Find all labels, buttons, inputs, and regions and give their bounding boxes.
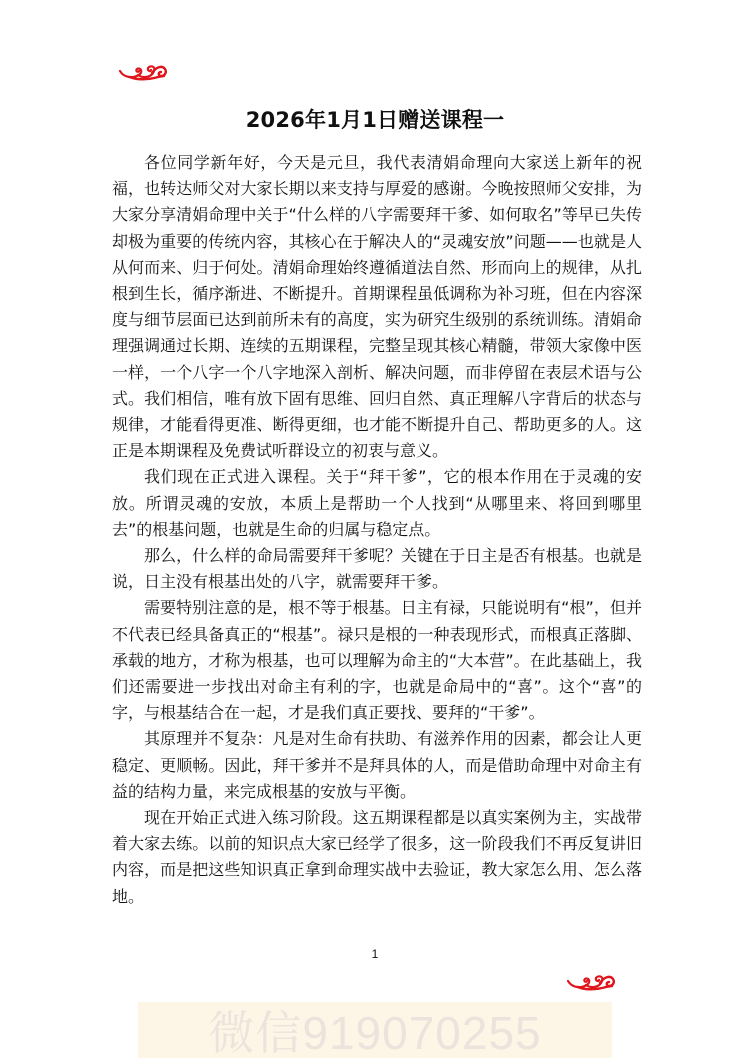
auspicious-cloud-icon xyxy=(118,63,168,81)
paragraph-course-start: 我们现在正式进入课程。关于“拜干爹”，它的根本作用在于灵魂的安放。所谓灵魂的安放… xyxy=(112,464,642,543)
watermark-banner: 微信919070255 xyxy=(138,1002,612,1058)
document-body: 各位同学新年好，今天是元旦，我代表清娟命理向大家送上新年的祝福，也转达师父对大家… xyxy=(112,150,642,910)
paragraph-question: 那么，什么样的命局需要拜干爹呢？关键在于日主是否有根基。也就是说，日主没有根基出… xyxy=(112,543,642,595)
paragraph-practice: 现在开始正式进入练习阶段。这五期课程都是以真实案例为主，实战带着大家去练。以前的… xyxy=(112,805,642,910)
document-title: 2026年1月1日赠送课程一 xyxy=(0,104,750,134)
page-number: 1 xyxy=(0,947,750,961)
watermark-text: 微信919070255 xyxy=(208,997,541,1061)
paragraph-principle: 其原理并不复杂：凡是对生命有扶助、有滋养作用的因素，都会让人更稳定、更顺畅。因此… xyxy=(112,726,642,805)
paragraph-intro: 各位同学新年好，今天是元旦，我代表清娟命理向大家送上新年的祝福，也转达师父对大家… xyxy=(112,150,642,464)
paragraph-root-foundation: 需要特别注意的是，根不等于根基。日主有禄，只能说明有“根”，但并不代表已经具备真… xyxy=(112,595,642,726)
auspicious-cloud-icon xyxy=(566,973,616,991)
